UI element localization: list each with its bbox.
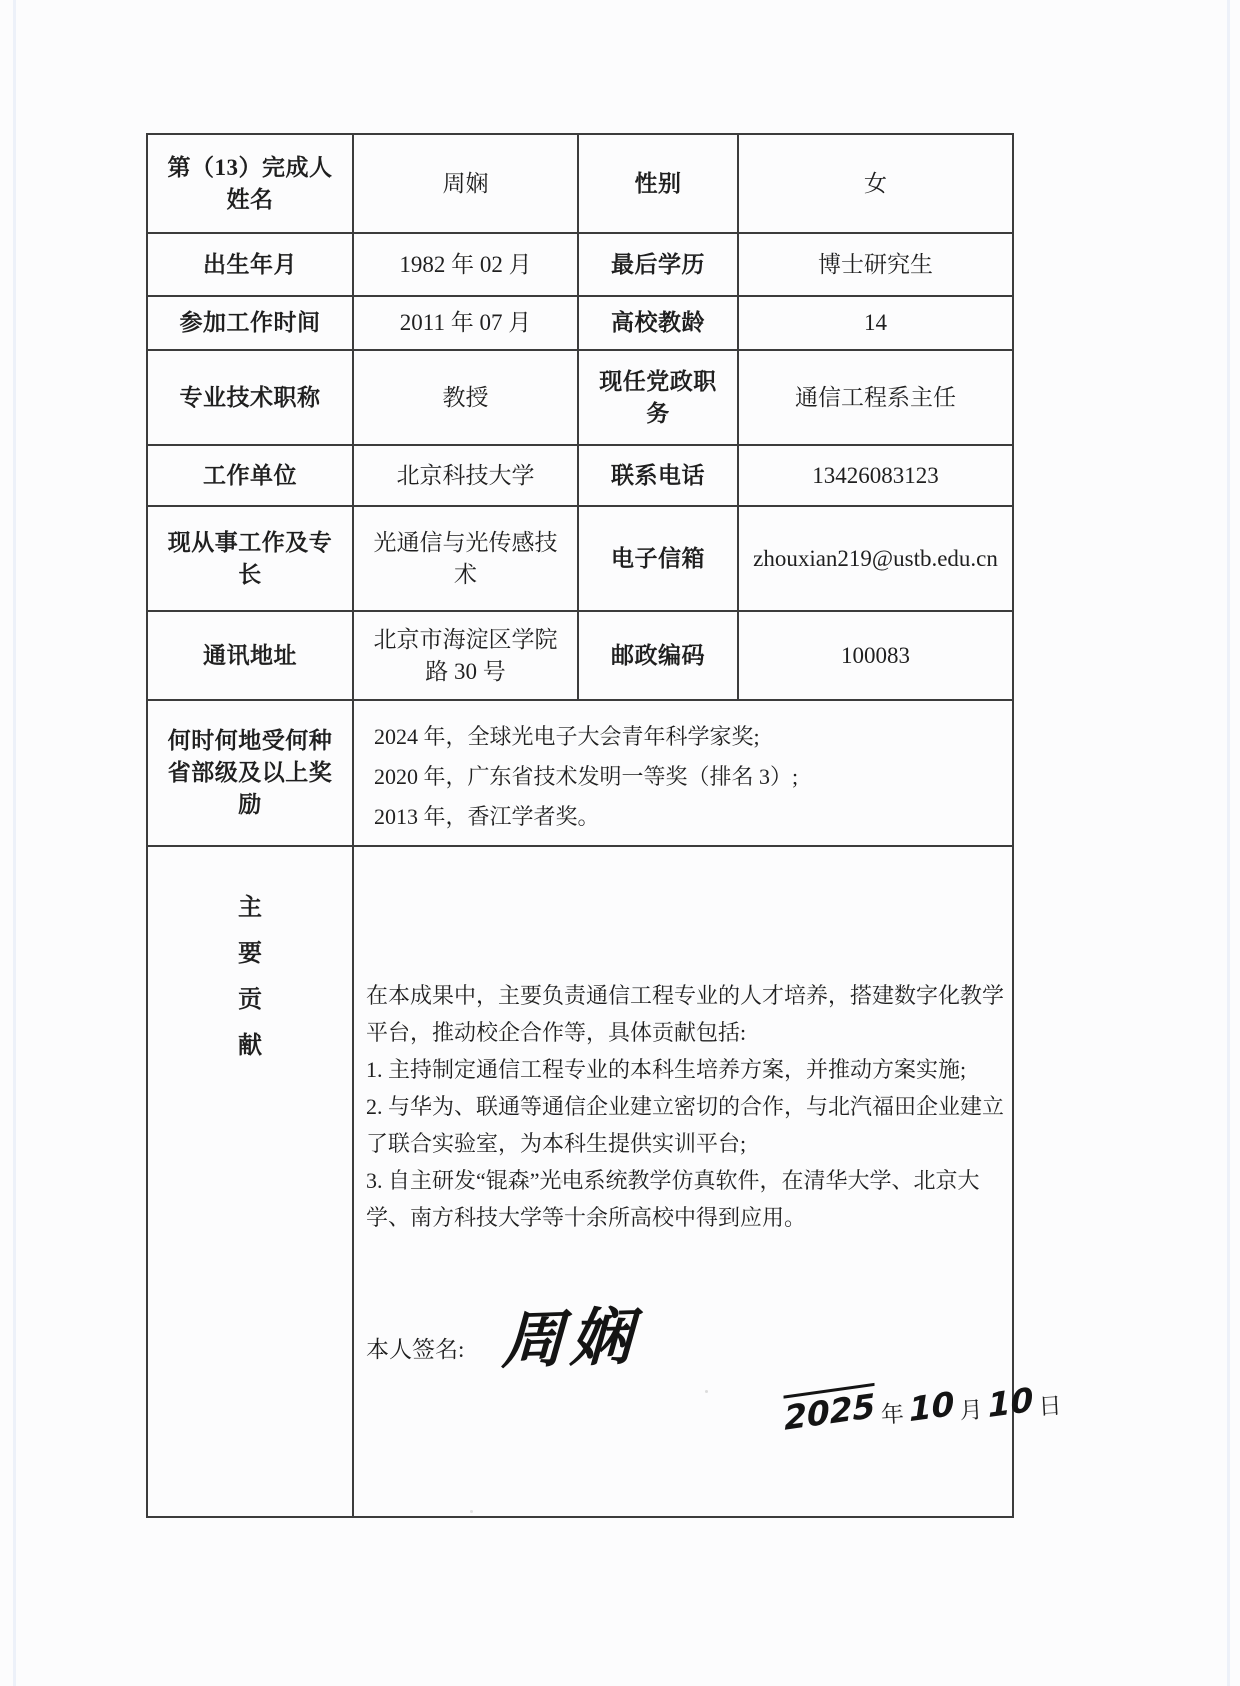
value-current-work-specialty: 光通信与光传感技术 — [354, 507, 579, 612]
value-phone: 13426083123 — [739, 446, 1014, 507]
date-day-unit: 日 — [1038, 1387, 1063, 1425]
date-year-handwriting: 2025 — [784, 1389, 876, 1435]
signature-date: 2025 年 10 月 10 日 — [783, 1388, 1005, 1438]
label-completer-name: 第（13）完成人姓名 — [148, 135, 354, 234]
value-teaching-years: 14 — [739, 297, 1014, 351]
label-mailing-address: 通讯地址 — [148, 612, 354, 701]
contribution-intro: 在本成果中，主要负责通信工程专业的人才培养，搭建数字化教学平台，推动校企合作等，… — [366, 977, 1004, 1051]
date-month-unit: 月 — [959, 1391, 984, 1429]
label-final-education: 最后学历 — [579, 234, 739, 297]
label-current-work-specialty: 现从事工作及专长 — [148, 507, 354, 612]
main-contribution-content: 在本成果中，主要负责通信工程专业的人才培养，搭建数字化教学平台，推动校企合作等，… — [354, 847, 1014, 1518]
label-teaching-years: 高校教龄 — [579, 297, 739, 351]
label-awards: 何时何地受何种省部级及以上奖励 — [148, 701, 354, 847]
value-gender: 女 — [739, 135, 1014, 234]
scan-edge-artifact-left — [13, 0, 16, 1686]
value-party-admin-post: 通信工程系主任 — [739, 351, 1014, 446]
label-professional-title: 专业技术职称 — [148, 351, 354, 446]
contribution-label-char-1: 主 — [238, 885, 262, 931]
label-birth-date: 出生年月 — [148, 234, 354, 297]
contribution-item-3: 3. 自主研发“锟森”光电系统教学仿真软件，在清华大学、北京大学、南方科技大学等… — [366, 1162, 1004, 1236]
label-main-contribution: 主 要 贡 献 — [148, 847, 354, 1518]
value-completer-name: 周娴 — [354, 135, 579, 234]
value-professional-title: 教授 — [354, 351, 579, 446]
label-postal-code: 邮政编码 — [579, 612, 739, 701]
value-mailing-address: 北京市海淀区学院路 30 号 — [354, 612, 579, 701]
label-work-start-date: 参加工作时间 — [148, 297, 354, 351]
label-gender: 性别 — [579, 135, 739, 234]
awards-content: 2024 年，全球光电子大会青年科学家奖; 2020 年，广东省技术发明一等奖（… — [354, 701, 1014, 847]
contribution-label-char-4: 献 — [238, 1023, 262, 1069]
contribution-item-1: 1. 主持制定通信工程专业的本科生培养方案，并推动方案实施; — [366, 1051, 1004, 1088]
label-employer: 工作单位 — [148, 446, 354, 507]
award-line-1: 2024 年，全球光电子大会青年科学家奖; — [374, 717, 760, 757]
contribution-label-char-2: 要 — [238, 931, 262, 977]
value-email: zhouxian219@ustb.edu.cn — [739, 507, 1014, 612]
value-birth-date: 1982 年 02 月 — [354, 234, 579, 297]
award-line-3: 2013 年，香江学者奖。 — [374, 797, 600, 837]
value-final-education: 博士研究生 — [739, 234, 1014, 297]
value-employer: 北京科技大学 — [354, 446, 579, 507]
scanned-form-page: 第（13）完成人姓名 周娴 性别 女 出生年月 1982 年 02 月 最后学历… — [0, 0, 1240, 1686]
date-month-handwriting: 10 — [908, 1387, 955, 1427]
label-email: 电子信箱 — [579, 507, 739, 612]
label-party-admin-post: 现任党政职务 — [579, 351, 739, 446]
signature-handwriting: 周娴 — [501, 1306, 639, 1373]
contribution-label-char-3: 贡 — [238, 977, 262, 1023]
scan-edge-artifact-right — [1227, 0, 1230, 1686]
value-work-start-date: 2011 年 07 月 — [354, 297, 579, 351]
award-line-2: 2020 年，广东省技术发明一等奖（排名 3）; — [374, 757, 798, 797]
signature-label: 本人签名: — [366, 1331, 464, 1378]
date-day-handwriting: 10 — [987, 1383, 1034, 1423]
completer-info-table: 第（13）完成人姓名 周娴 性别 女 出生年月 1982 年 02 月 最后学历… — [146, 133, 1014, 1518]
date-year-unit: 年 — [880, 1396, 905, 1434]
label-phone: 联系电话 — [579, 446, 739, 507]
signature-row: 本人签名: 周娴 — [366, 1294, 1004, 1378]
contribution-item-2: 2. 与华为、联通等通信企业建立密切的合作，与北汽福田企业建立了联合实验室，为本… — [366, 1088, 1004, 1162]
value-postal-code: 100083 — [739, 612, 1014, 701]
